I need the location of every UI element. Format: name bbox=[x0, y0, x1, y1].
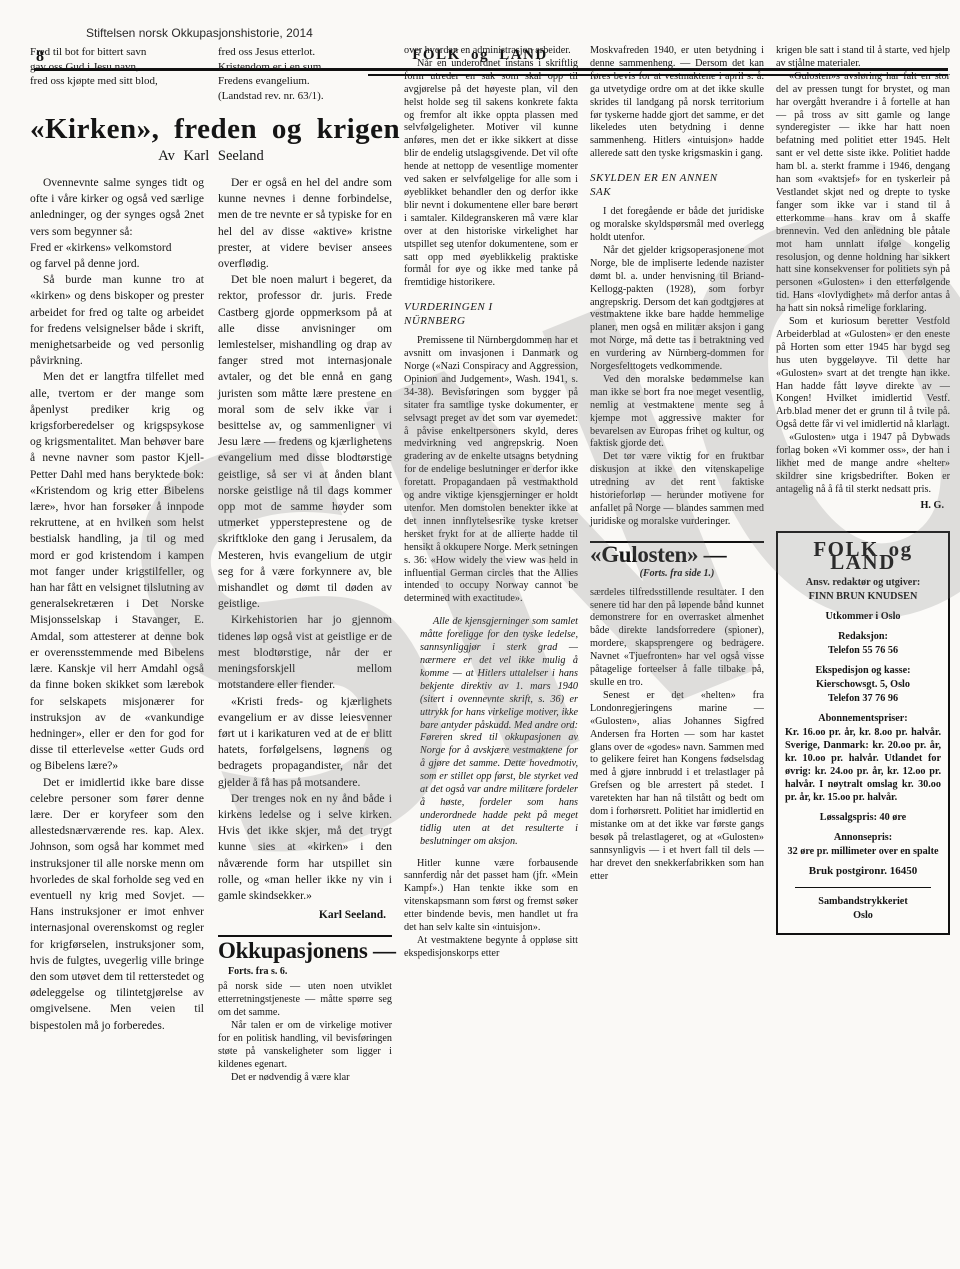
gulosten-column-4: særdeles tilfredsstillende resultater. I… bbox=[590, 587, 764, 884]
paragraph: Fred til bot for bittert savn bbox=[30, 45, 204, 60]
paragraph: «Gulosten»s avsløring har falt en stor d… bbox=[776, 71, 950, 316]
paragraph: Alle de kjensgjerninger som samlet måtte… bbox=[404, 616, 578, 848]
article-headline: «Kirken», freden og krigen bbox=[30, 113, 392, 146]
paragraph: Det ble noen malurt i begeret, da rektor… bbox=[218, 272, 392, 612]
paragraph: Fredens evangelium. bbox=[218, 74, 392, 89]
paragraph: Kirkehistorien har jo gjennom tidenes lø… bbox=[218, 612, 392, 693]
paragraph: Ansv. redaktør og utgiver: bbox=[785, 576, 941, 589]
section-divider bbox=[218, 935, 392, 937]
paragraph: Telefon 37 76 96 bbox=[785, 692, 941, 705]
okkupasjonens-heading: Okkupasjonens — bbox=[218, 943, 392, 959]
paragraph: Bruk postgironr. 16450 bbox=[785, 865, 941, 878]
paragraph: Når det gjelder krigsoperasjonene mot No… bbox=[590, 245, 764, 374]
okkupasjonens-column-3: over hvordan en administrasjon arbeider.… bbox=[404, 45, 578, 1085]
continuation-note: (Forts. fra side 1.) bbox=[590, 568, 764, 581]
continuation-note: Forts. fra s. 6. bbox=[218, 966, 392, 979]
paragraph: Det er imidlertid ikke bare disse celebr… bbox=[30, 775, 204, 1034]
paragraph: Når talen er om de virkelige motiver for… bbox=[218, 1020, 392, 1072]
paragraph: over hvordan en administrasjon arbeider. bbox=[404, 45, 578, 58]
paragraph: Så burde man kunne tro at «kirken» og de… bbox=[30, 272, 204, 369]
article-column-1: Ovennevnte salme synges tidt og ofte i v… bbox=[30, 175, 204, 1085]
paragraph: VURDERINGEN I NÜRNBERG bbox=[404, 301, 554, 328]
paragraph: «Gulosten» utga i 1947 på Dybwads forlag… bbox=[776, 432, 950, 497]
publication-info-lines: FOLK og LANDAnsv. redaktør og utgiver:FI… bbox=[785, 543, 941, 922]
paragraph: «Kristi freds- og kjærlighets evangelium… bbox=[218, 694, 392, 791]
paragraph: Utkommer i Oslo bbox=[785, 610, 941, 623]
paragraph: SKYLDEN ER EN ANNEN SAK bbox=[590, 172, 740, 199]
column-5: krigen ble satt i stand til å starte, ve… bbox=[776, 45, 950, 1085]
paragraph: FOLK og LAND bbox=[785, 543, 941, 569]
paragraph: Det er nødvendig å være klar bbox=[218, 1072, 392, 1085]
paragraph: Kierschowsgt. 5, Oslo bbox=[785, 678, 941, 691]
paragraph: gav oss Gud i Jesu navn, bbox=[30, 60, 204, 75]
hymn-verse: Fred til bot for bittert savngav oss Gud… bbox=[30, 45, 392, 103]
hymn-left-column: Fred til bot for bittert savngav oss Gud… bbox=[30, 45, 204, 103]
paragraph: Men det er langtfra tilfellet med alle, … bbox=[30, 369, 204, 774]
paragraph: Løssalgspris: 40 øre bbox=[785, 811, 941, 824]
article-kirken: Fred til bot for bittert savngav oss Gud… bbox=[30, 45, 392, 1085]
okkupasjonens-column-4: Moskvafreden 1940, er uten betydning i d… bbox=[590, 45, 764, 529]
gulosten-heading: «Gulosten» — bbox=[590, 549, 764, 562]
newspaper-page: Stiftelsen norsk Okkupasjonshistorie, 20… bbox=[0, 0, 960, 1269]
page-content: Fred til bot for bittert savngav oss Gud… bbox=[30, 45, 948, 1085]
archive-stamp: Stiftelsen norsk Okkupasjonshistorie, 20… bbox=[86, 26, 313, 40]
paragraph: Sambandstrykkeriet bbox=[795, 887, 931, 908]
paragraph: Fred er «kirkens» velkomstord bbox=[30, 240, 204, 256]
paragraph: fred oss kjøpte med sitt blod, bbox=[30, 74, 204, 89]
paragraph: Hitler kunne være forbausende sannferdig… bbox=[404, 858, 578, 935]
paragraph: Ekspedisjon og kasse: bbox=[785, 664, 941, 677]
paragraph: Abonnementspriser: bbox=[785, 712, 941, 725]
paragraph: Karl Seeland. bbox=[218, 907, 392, 923]
paragraph: 32 øre pr. millimeter over en spalte bbox=[785, 845, 941, 858]
gulosten-column-5: krigen ble satt i stand til å starte, ve… bbox=[776, 45, 950, 513]
paragraph: FINN BRUN KNUDSEN bbox=[785, 590, 941, 603]
paragraph: Oslo bbox=[785, 909, 941, 922]
paragraph: Telefon 55 76 56 bbox=[785, 644, 941, 657]
okkupasjonens-column-2: på norsk side — uten noen utviklet etter… bbox=[218, 981, 392, 1084]
paragraph: Kristendom er i en sum bbox=[218, 60, 392, 75]
paragraph: krigen ble satt i stand til å starte, ve… bbox=[776, 45, 950, 71]
article-column-2-text: Der er også en hel del andre som kunne n… bbox=[218, 175, 392, 923]
paragraph: Premissene til Nürnbergdommen har et avs… bbox=[404, 335, 578, 606]
paragraph: Ved den moralske bedømmelse kan man ikke… bbox=[590, 374, 764, 451]
column-4: Moskvafreden 1940, er uten betydning i d… bbox=[590, 45, 764, 1085]
hymn-right-column: fred oss Jesus etterlot.Kristendom er i … bbox=[218, 45, 392, 103]
paragraph: Når en underordnet instans i skriftlig f… bbox=[404, 58, 578, 290]
article-body: Ovennevnte salme synges tidt og ofte i v… bbox=[30, 175, 392, 1085]
paragraph: Senest er det «helten» fra Londonregjeri… bbox=[590, 690, 764, 884]
paragraph: særdeles tilfredsstillende resultater. I… bbox=[590, 587, 764, 690]
paragraph: H. G. bbox=[776, 500, 950, 513]
publication-info-box: FOLK og LANDAnsv. redaktør og utgiver:FI… bbox=[776, 531, 950, 935]
paragraph: Kr. 16.oo pr. år, kr. 8.oo pr. halvår. S… bbox=[785, 726, 941, 804]
paragraph: Moskvafreden 1940, er uten betydning i d… bbox=[590, 45, 764, 161]
paragraph: Redaksjon: bbox=[785, 630, 941, 643]
paragraph: At vestmaktene begynte å oppløse sitt ek… bbox=[404, 935, 578, 961]
paragraph: Ovennevnte salme synges tidt og ofte i v… bbox=[30, 175, 204, 240]
paragraph: fred oss Jesus etterlot. bbox=[218, 45, 392, 60]
paragraph: Som et kuriosum beretter Vestfold Arbeid… bbox=[776, 316, 950, 432]
article-byline: Av Karl Seeland bbox=[30, 148, 392, 165]
paragraph: og farvel på denne jord. bbox=[30, 256, 204, 272]
paragraph: Der er også en hel del andre som kunne n… bbox=[218, 175, 392, 272]
paragraph: på norsk side — uten noen utviklet etter… bbox=[218, 981, 392, 1020]
paragraph: Annonsepris: bbox=[785, 831, 941, 844]
paragraph: Det tør være viktig for en fruktbar disk… bbox=[590, 451, 764, 528]
paragraph: I det foregående er både det juridiske o… bbox=[590, 206, 764, 245]
paragraph: (Landstad rev. nr. 63/1). bbox=[218, 89, 392, 104]
article-column-2: Der er også en hel del andre som kunne n… bbox=[218, 175, 392, 1085]
paragraph: Der trenges nok en ny ånd både i kirkens… bbox=[218, 791, 392, 904]
